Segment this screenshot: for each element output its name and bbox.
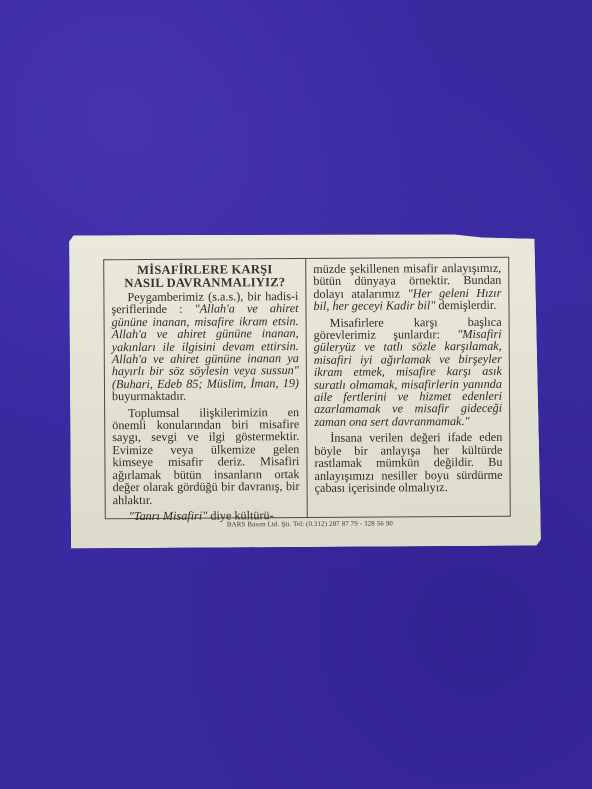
right-column: müzde şekillenen misafir anlayışımız, bü…	[306, 258, 510, 517]
left-column: MİSAFİRLERE KARŞI NASIL DAVRANMALIYIZ? P…	[104, 259, 308, 518]
paragraph-social-relations: Toplumsal ilişkilerimizin en önemli konu…	[112, 406, 300, 506]
printer-footer: BARS Basım Ltd. Şti. Tel: (0.312) 287 87…	[227, 519, 393, 528]
paper-clipping: MİSAFİRLERE KARŞI NASIL DAVRANMALIYIZ? P…	[69, 233, 541, 549]
paragraph-conclusion: İnsana verilen değeri ifade eden böyle b…	[314, 431, 502, 494]
article-title: MİSAFİRLERE KARŞI NASIL DAVRANMALIYIZ?	[111, 263, 298, 290]
article-frame: MİSAFİRLERE KARŞI NASIL DAVRANMALIYIZ? P…	[103, 257, 511, 519]
duties-quote: "Misafiri güleryüz ve tatlı sözle karşıl…	[314, 327, 502, 429]
title-line-2: NASIL DAVRANMALIYIZ?	[111, 276, 298, 290]
tanri-misafiri-quote: "Tanrı Misafiri"	[129, 509, 208, 523]
hadith-end: buyurmaktadır.	[112, 389, 186, 403]
paragraph-hadith: Peygamberimiz (s.a.s.), bir hadis-i şeri…	[111, 290, 299, 403]
paragraph-ancestors: müzde şekillenen misafir anlayışımız, bü…	[313, 262, 501, 313]
ancestors-end: demişlerdir.	[435, 298, 496, 312]
paragraph-duties: Misafirlere karşı başlıca görevlerimiz ş…	[314, 315, 503, 428]
